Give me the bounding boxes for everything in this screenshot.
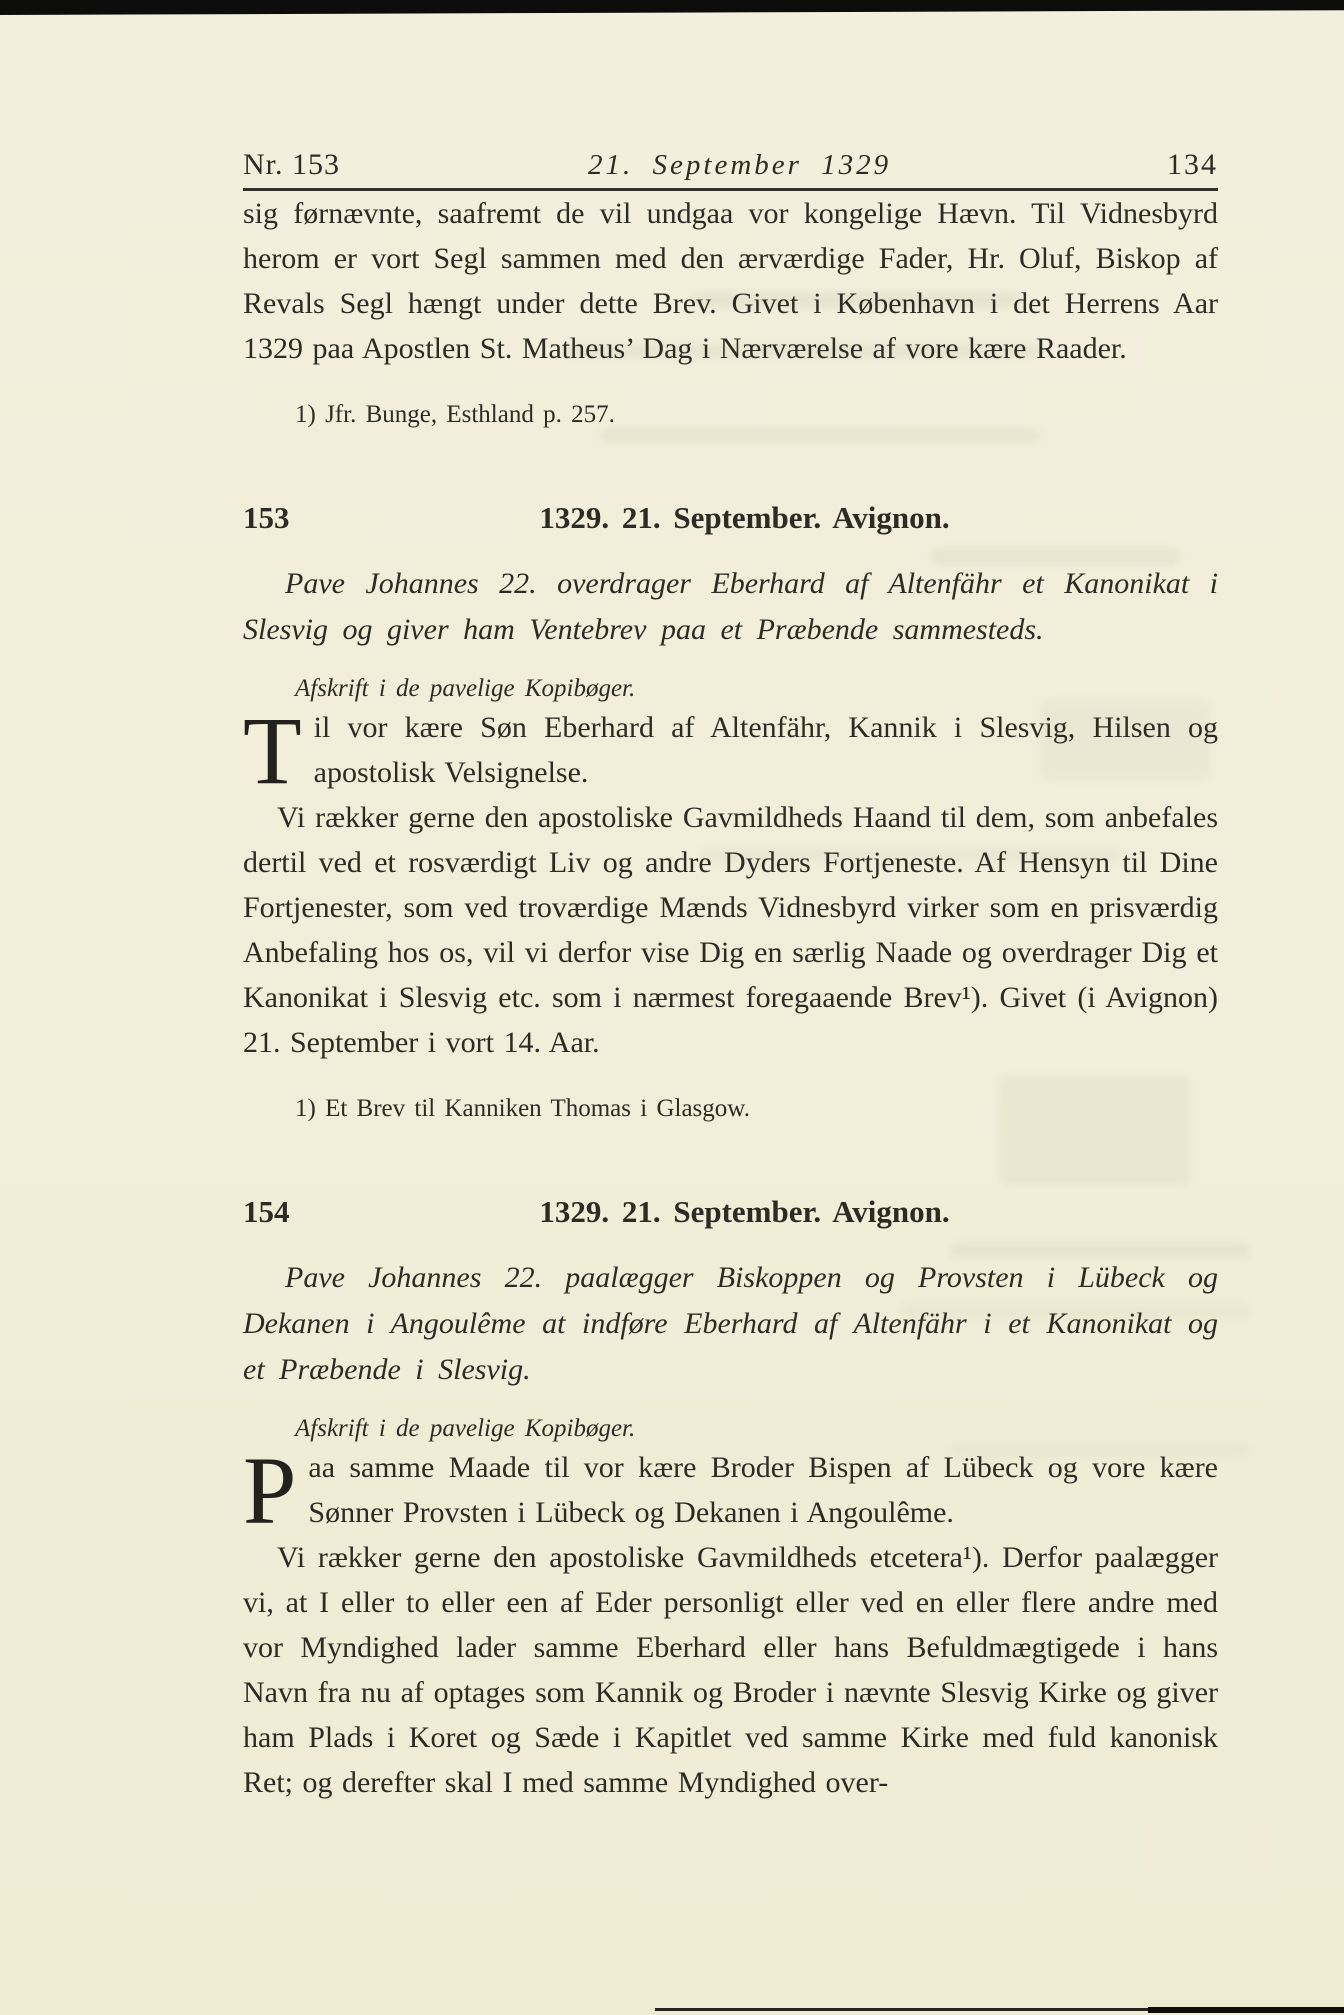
page-number: 134 [1167,148,1218,182]
entry-154-dateline: 1329. 21. September. Avignon. [539,1191,949,1233]
running-header: Nr. 153 21. September 1329 134 [243,140,1218,188]
running-header-entry-number: Nr. 153 [243,148,340,182]
entry-154-opening-text: aa samme Maade til vor kære Broder Bispe… [308,1451,1218,1529]
entry-153-dateline: 1329. 21. September. Avignon. [539,497,949,539]
entry-153-source-note: Afskrift i de pavelige Kopibøger. [295,673,1218,705]
entry-153-opening-text: il vor kære Søn Eberhard af Altenfähr, K… [314,711,1218,789]
entry-153-dropcap: T [243,712,302,790]
running-header-date: 21. September 1329 [588,149,891,182]
entry-154-opening-paragraph: Paa samme Maade til vor kære Broder Bisp… [243,1445,1218,1535]
entry-153-heading: 153 1329. 21. September. Avignon. [243,497,1218,539]
entry-154-heading: 154 1329. 21. September. Avignon. [243,1191,1218,1233]
entry-153-number: 153 [243,497,290,539]
entry-153-opening-paragraph: Til vor kære Søn Eberhard af Altenfähr, … [243,705,1218,795]
entry-154-number: 154 [243,1191,290,1233]
scanned-book-page: Nr. 153 21. September 1329 134 sig førnæ… [0,0,1344,2015]
intro-continuation-paragraph: sig førnævnte, saafremt de vil undgaa vo… [243,191,1218,371]
entry-153-footnote: 1) Et Brev til Kanniken Thomas i Glasgow… [295,1093,1218,1125]
scan-bottom-edge-line [655,2008,1150,2011]
intro-footnote: 1) Jfr. Bunge, Esthland p. 257. [295,399,1218,431]
entry-153-body-paragraph: Vi rækker gerne den apostoliske Gavmildh… [243,795,1218,1065]
entry-154-source-note: Afskrift i de pavelige Kopibøger. [295,1413,1218,1445]
entry-154-regest: Pave Johannes 22. paalægger Biskoppen og… [243,1255,1218,1393]
text-block: Nr. 153 21. September 1329 134 sig førnæ… [243,140,1218,1805]
entry-154-body-paragraph: Vi rækker gerne den apostoliske Gavmildh… [243,1535,1218,1805]
entry-154-dropcap: P [243,1452,296,1530]
entry-153-regest: Pave Johannes 22. overdrager Eberhard af… [243,561,1218,653]
scan-bottom-edge-line-thick [1148,2007,1344,2013]
scan-top-edge-bar [0,0,1344,15]
